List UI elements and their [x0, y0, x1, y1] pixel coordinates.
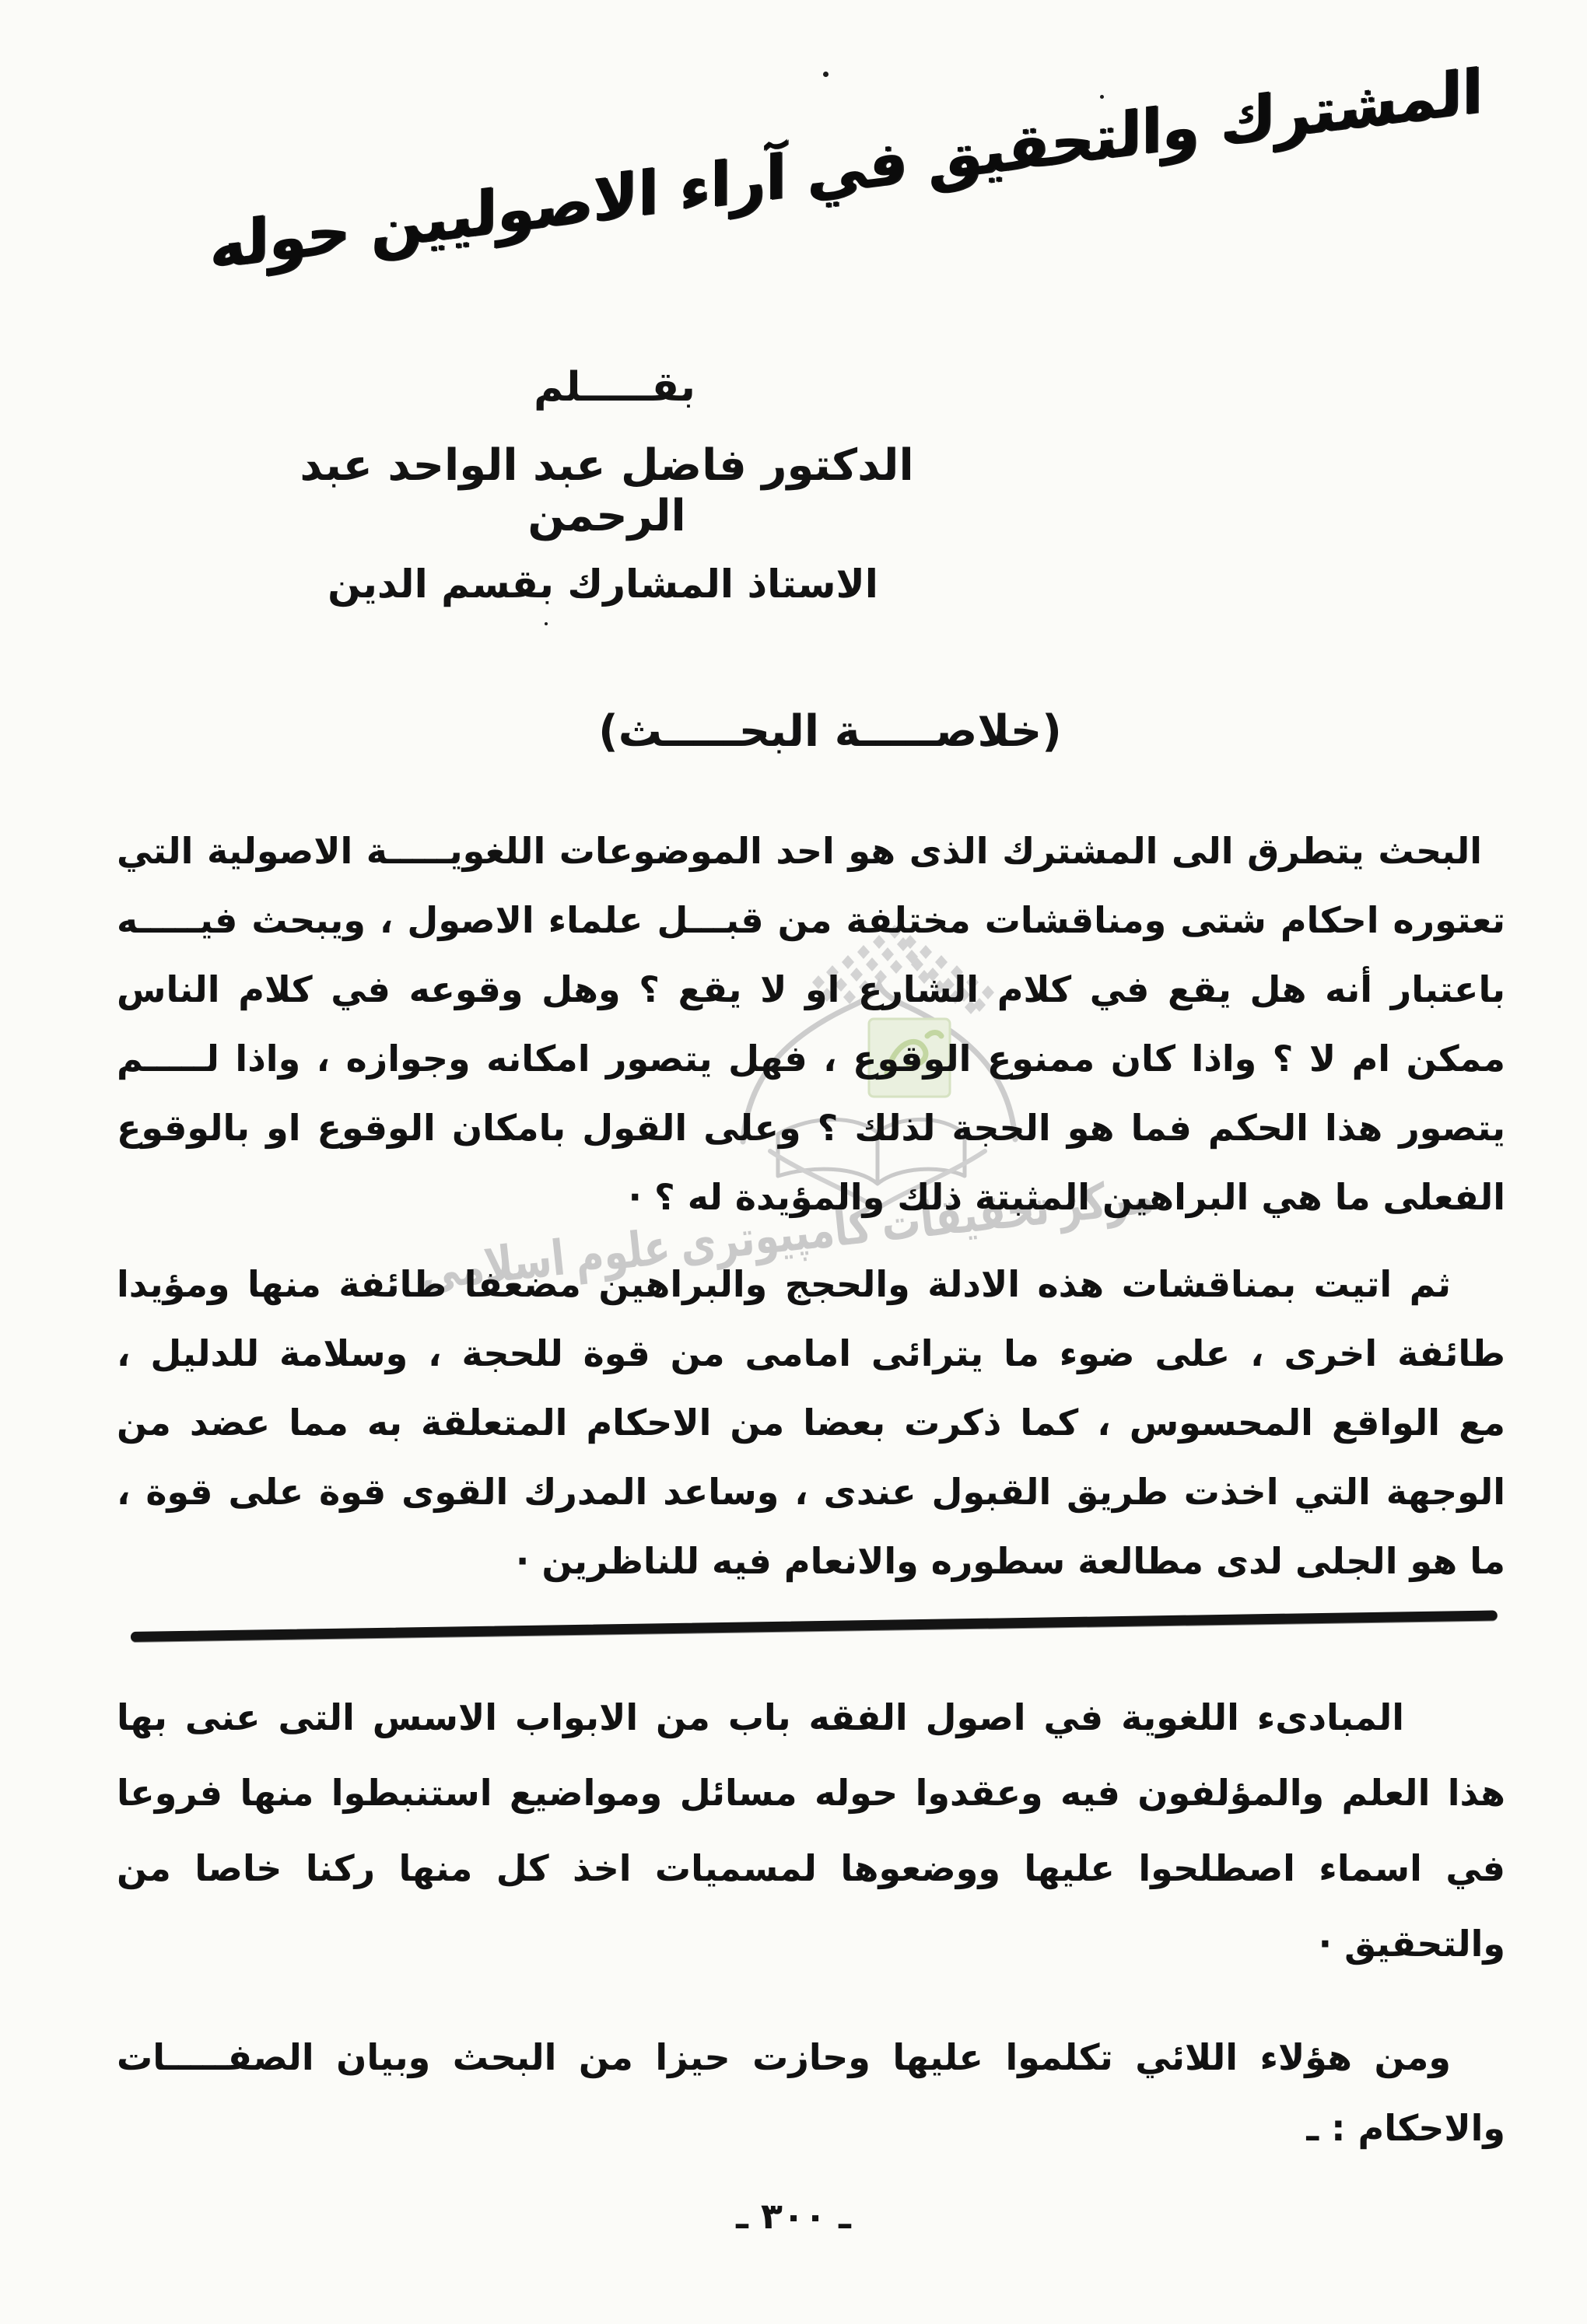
text-line: ثم اتيت بمناقشات هذه الادلة والحجج والبر… [117, 1250, 1505, 1319]
author-name: الدكتور فاضل عبد الواحد عبد الرحمن [257, 440, 957, 541]
text-line: يتصور هذا الحكم فما هو الحجة لذلك ؟ وعلى… [117, 1094, 1505, 1163]
text-line: البحث يتطرق الى المشترك الذى هو احد المو… [117, 817, 1505, 886]
text-line: هذا العلم والمؤلفون فيه وعقدوا حوله مسائ… [117, 1755, 1505, 1831]
text-line: في اسماء اصطلحوا عليها ووضعوها لمسميات ا… [117, 1831, 1505, 1906]
scanned-paper-page: مركز تحقيقات كامپيوترى علوم اسلامى المشت… [0, 0, 1587, 2324]
text-line: الفعلى ما هي البراهين المثبتة ذلك والمؤي… [117, 1163, 1505, 1232]
text-line: باعتبار أنه هل يقع في كلام الشارع او لا … [117, 955, 1505, 1024]
text-line: طائفة اخرى ، على ضوء ما يترائى امامى من … [117, 1319, 1505, 1388]
author-affiliation: الاستاذ المشارك بقسم الدين [292, 562, 914, 607]
ink-speck [1100, 95, 1104, 99]
abstract-paragraph-2: ثم اتيت بمناقشات هذه الادلة والحجج والبر… [117, 1250, 1505, 1596]
byline-label: بقـــــلم [459, 364, 770, 411]
text-line: مع الواقع المحسوس ، كما ذكرت بعضا من الا… [117, 1388, 1505, 1458]
ink-speck [823, 72, 829, 77]
body-paragraph-1: المبادىء اللغوية في اصول الفقه باب من ال… [117, 1680, 1505, 1982]
abstract-heading: (خلاصـــــة البحـــــث) [519, 706, 1141, 757]
body-paragraph-2: ومن هؤلاء اللائي تكلموا عليها وحازت حيزا… [117, 2022, 1505, 2164]
text-line: ممكن ام لا ؟ واذا كان ممنوع الوقوع ، فهل… [117, 1024, 1505, 1094]
text-line: ومن هؤلاء اللائي تكلموا عليها وحازت حيزا… [117, 2022, 1505, 2093]
article-title-calligraphy: المشترك والتحقيق في آراء الاصوليين حوله [502, 56, 1483, 247]
section-divider-rule [131, 1610, 1498, 1642]
text-line: المبادىء اللغوية في اصول الفقه باب من ال… [117, 1680, 1505, 1755]
abstract-paragraph-1: البحث يتطرق الى المشترك الذى هو احد المو… [117, 817, 1505, 1232]
ink-speck [545, 622, 548, 625]
page-number: ـ ٣٠٠ ـ [599, 2195, 988, 2237]
text-line: والتحقيق · [117, 1906, 1505, 1982]
text-line: ما هو الجلى لدى مطالعة سطوره والانعام في… [117, 1527, 1505, 1596]
text-line: والاحكام : ـ [117, 2093, 1505, 2164]
text-line: الوجهة التي اخذت طريق القبول عندى ، وساع… [117, 1458, 1505, 1527]
text-line: تعتوره احكام شتى ومناقشات مختلفة من قبــ… [117, 886, 1505, 955]
